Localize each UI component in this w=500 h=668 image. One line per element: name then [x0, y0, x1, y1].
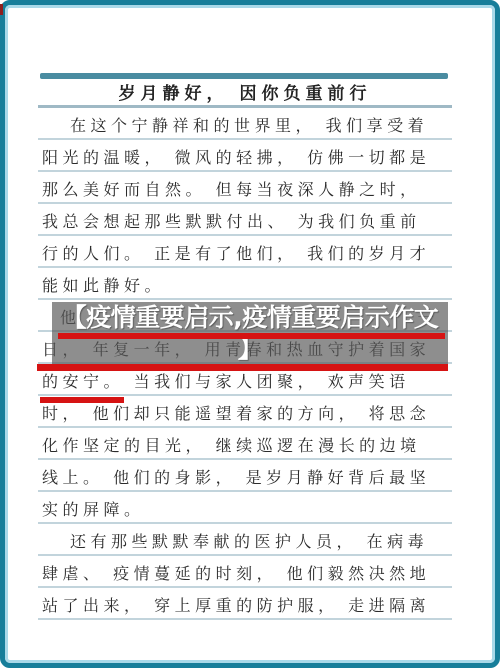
left-edge-red-mark: [0, 4, 3, 15]
essay-line-5: 行的人们。 正是有了他们， 我们的岁月才: [38, 236, 452, 268]
essay-title: 岁月静好， 因你负重前行: [38, 80, 452, 108]
title-divider-bar: [40, 73, 448, 79]
overlay-title-line1: 【疫情重要启示,疫情重要启示作文: [62, 302, 439, 333]
essay-line-6: 能如此静好。: [38, 268, 452, 300]
essay-page: 岁月静好， 因你负重前行 在这个宁静祥和的世界里， 我们享受着 阳光的温暖， 微…: [0, 0, 500, 668]
essay-line-4: 我总会想起那些默默付出、 为我们负重前: [38, 204, 452, 236]
essay-line-14: 还有那些默默奉献的医护人员， 在病毒: [38, 524, 452, 556]
essay-line-12: 线上。 他们的身影， 是岁月静好背后最坚: [38, 460, 452, 492]
essay-line-3: 那么美好而自然。 但每当夜深人静之时，: [38, 172, 452, 204]
essay-line-16: 站了出来， 穿上厚重的防护服， 走进隔离: [38, 588, 452, 620]
red-underline-2: [37, 364, 448, 371]
red-underline-1: [58, 333, 445, 339]
essay-line-2: 阳光的温暖， 微风的轻拂， 仿佛一切都是: [38, 140, 452, 172]
essay-line-1: 在这个宁静祥和的世界里， 我们享受着: [38, 108, 452, 140]
essay-line-15: 肆虐、 疫情蔓延的时刻， 他们毅然决然地: [38, 556, 452, 588]
essay-line-13: 实的屏障。: [38, 492, 452, 524]
essay-line-11: 化作坚定的目光， 继续巡逻在漫长的边境: [38, 428, 452, 460]
red-underline-3: [40, 397, 124, 403]
